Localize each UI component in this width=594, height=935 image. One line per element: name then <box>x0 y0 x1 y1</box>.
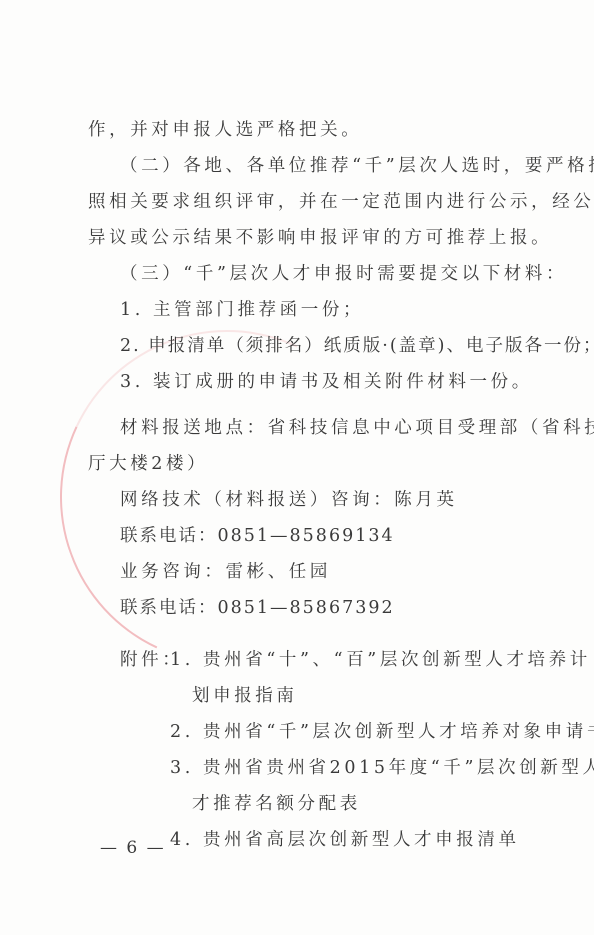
paragraph-line: 异议或公示结果不影响申报评审的方可推荐上报。 <box>88 227 552 249</box>
list-item: 2. 申报清单（须排名）纸质版·(盖章)、电子版各一份； <box>120 335 594 357</box>
address-line: 材料报送地点：省科技信息中心项目受理部（省科技 <box>120 417 594 439</box>
paragraph-line: 作，并对申报人选严格把关。 <box>88 119 362 141</box>
contact-line: 业务咨询：雷彬、任园 <box>120 561 331 583</box>
phone-line: 联系电话：0851—85867392 <box>120 597 395 619</box>
paragraph-line: （二）各地、各单位推荐“千”层次人选时，要严格按 <box>120 155 594 177</box>
address-line: 厅大楼2楼） <box>88 453 208 475</box>
attachment-item: 1. 贵州省“十”、“百”层次创新型人才培养计 <box>170 649 591 671</box>
page-number: — 6 — <box>100 838 166 858</box>
list-item: 1. 主管部门推荐函一份； <box>120 299 364 321</box>
attachment-item: 4. 贵州省高层次创新型人才申报清单 <box>170 829 520 851</box>
phone-line: 联系电话：0851—85869134 <box>120 525 395 547</box>
paragraph-line: （三）“千”层次人才申报时需要提交以下材料： <box>120 263 567 285</box>
contact-line: 网络技术（材料报送）咨询：陈月英 <box>120 489 458 511</box>
list-item: 3. 装订成册的申请书及相关附件材料一份。 <box>120 371 533 393</box>
attachment-item: 3. 贵州省贵州省2015年度“千”层次创新型人 <box>170 757 594 779</box>
attachment-item-cont: 才推荐名额分配表 <box>192 793 361 815</box>
paragraph-line: 照相关要求组织评审，并在一定范围内进行公示，经公示无 <box>88 191 594 213</box>
attachment-item-cont: 划申报指南 <box>192 685 298 707</box>
attachment-item: 2. 贵州省“千”层次创新型人才培养对象申请书 <box>170 721 594 743</box>
